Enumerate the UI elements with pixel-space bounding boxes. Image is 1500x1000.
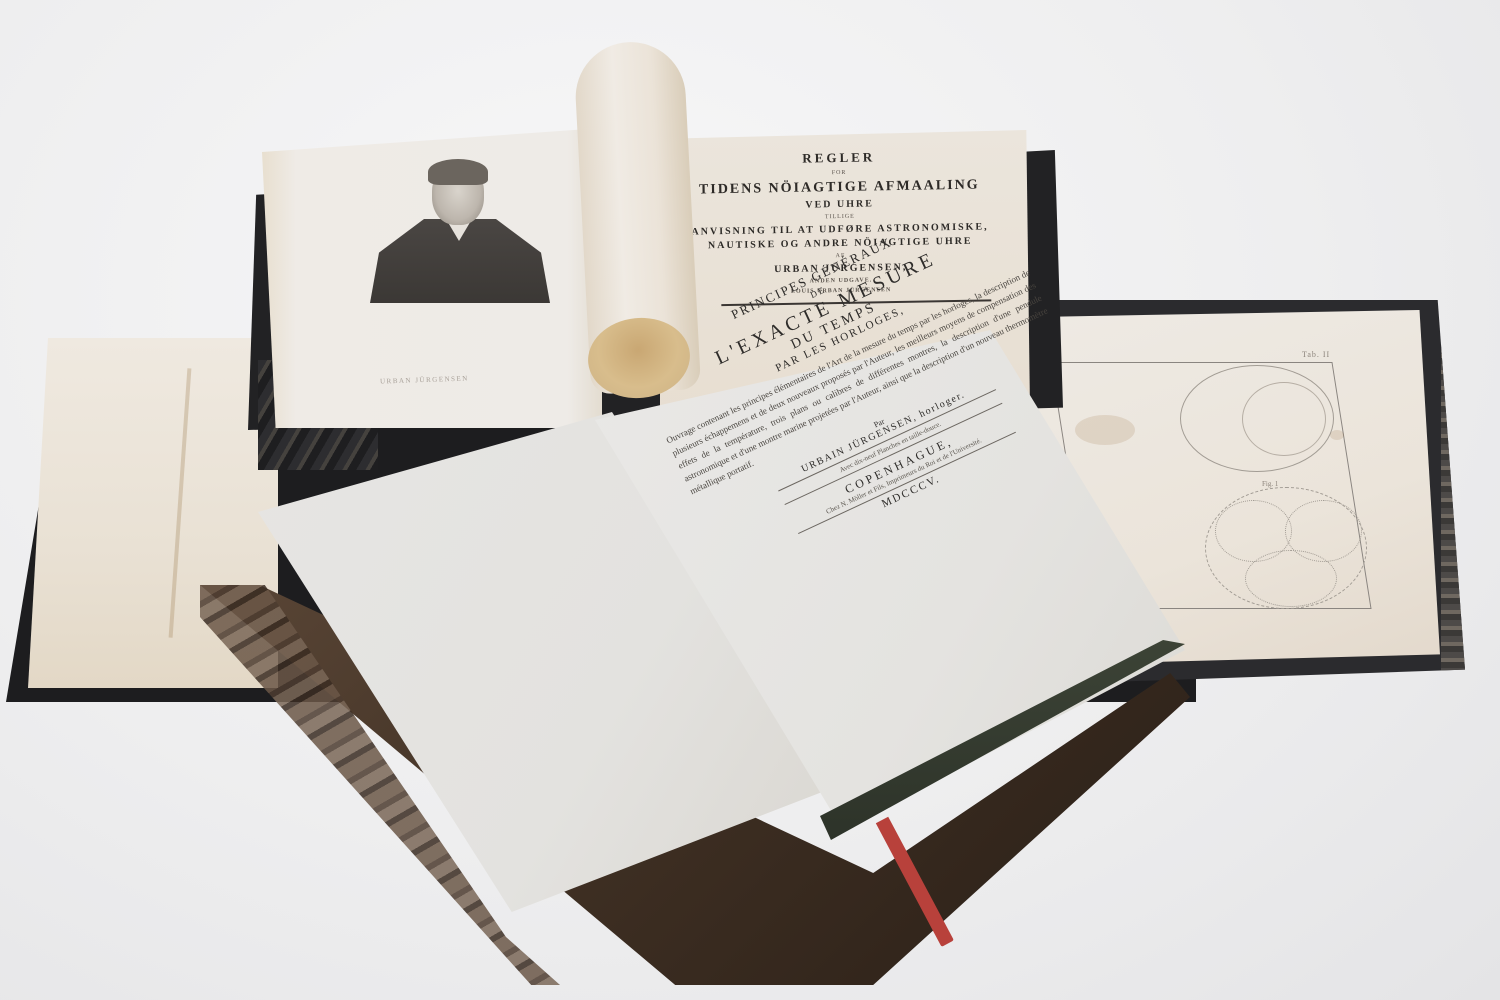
regler-frontispiece-page: URBAN JÜRGENSEN: [262, 128, 602, 428]
portrait-caption: URBAN JÜRGENSEN: [380, 374, 469, 385]
portrait-hair: [428, 159, 488, 185]
foxing-stain: [1330, 430, 1344, 440]
foxing-stain: [1075, 415, 1135, 445]
subdial-bottom: [1245, 550, 1337, 607]
figure-label: Fig. 1: [1262, 480, 1278, 488]
portrait-engraving: [370, 163, 550, 303]
page-fold-mark: [169, 368, 192, 638]
title-line: REGLER: [659, 147, 1019, 169]
plate-number: Tab. II: [1302, 350, 1330, 359]
movement-diagram-inner: [1242, 382, 1326, 456]
